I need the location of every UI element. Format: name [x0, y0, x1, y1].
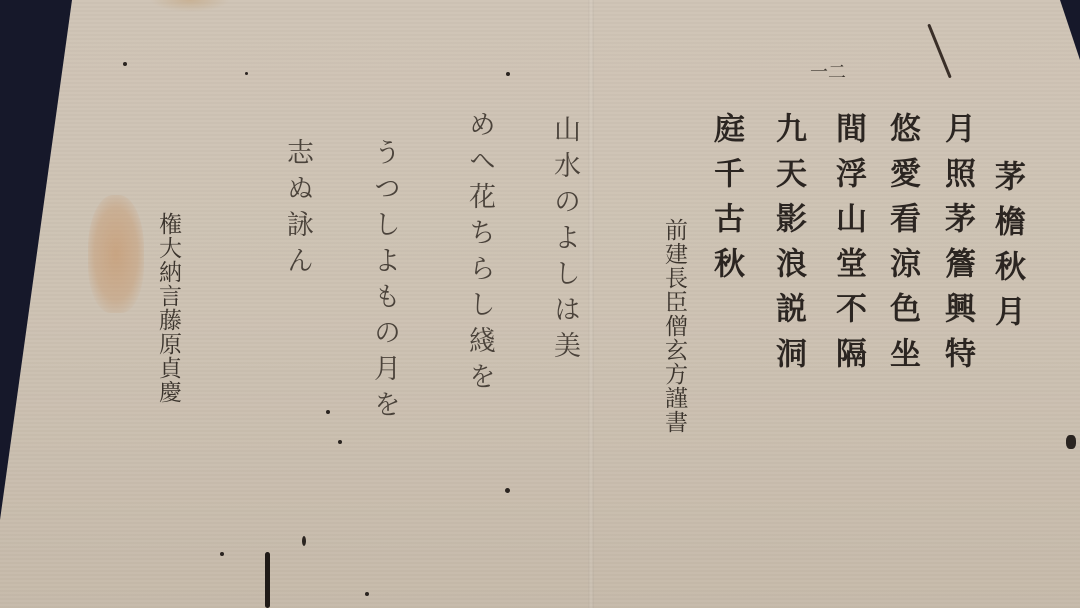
waka-line-1: 山水のよしは美: [545, 115, 584, 367]
waka-line-4: 志ぬ詠ん: [278, 138, 317, 282]
kanshi-line-5: 庭千古秋: [704, 112, 749, 292]
kanshi-line-2: 悠愛看涼色坐: [880, 112, 925, 382]
ink-speck: [365, 592, 369, 596]
ink-stroke-mark: [265, 552, 270, 608]
water-stain: [88, 195, 144, 313]
waka-line-2: めへ花ちらし綫を: [460, 110, 499, 398]
ink-speck: [220, 552, 224, 556]
waka-line-3: うつしよもの月を: [365, 138, 404, 426]
waka-signature: 権大納言藤原貞慶: [152, 212, 185, 404]
paper-sheet: 一二 茅檐秋月 月照茅簷興特 悠愛看涼色坐 間浮山堂不隔 九天影浪説洞 庭千古秋…: [0, 0, 1080, 608]
ink-speck: [123, 62, 127, 66]
paper-crack-mark: [927, 24, 952, 79]
ink-speck: [338, 440, 342, 444]
kanshi-line-4: 九天影浪説洞: [766, 112, 811, 382]
ink-speck: [302, 536, 306, 546]
kanshi-title: 茅檐秋月: [985, 160, 1030, 340]
ink-speck: [326, 410, 330, 414]
kanshi-line-1: 月照茅簷興特: [935, 112, 980, 382]
ink-speck: [245, 72, 248, 75]
ink-speck: [505, 488, 510, 493]
section-number: 一二: [810, 58, 846, 84]
kanshi-signature: 前建長臣僧玄方謹書: [658, 218, 691, 434]
ink-speck: [506, 72, 510, 76]
kanshi-line-3: 間浮山堂不隔: [826, 112, 871, 382]
paper-fold-crease: [588, 0, 594, 608]
ink-blot: [1066, 435, 1076, 449]
top-stain: [150, 0, 230, 12]
